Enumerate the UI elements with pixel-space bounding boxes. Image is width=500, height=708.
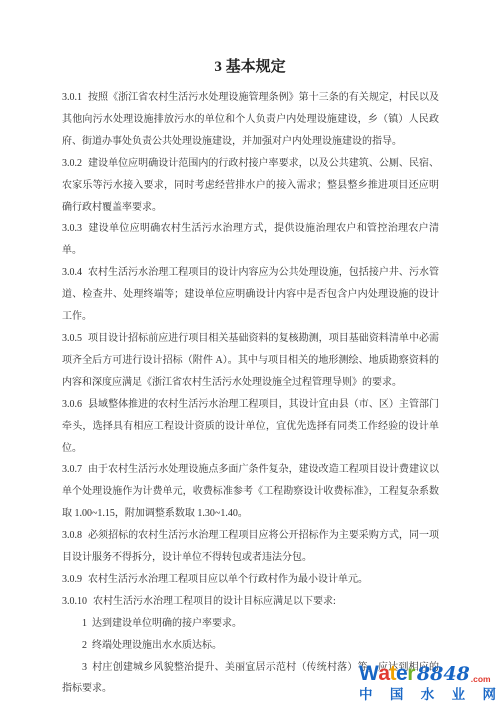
paragraph-text: 按照《浙江省农村生活污水处理设施管理条例》第十三条的有关规定，村民以及其他向污水…	[62, 92, 439, 147]
paragraph-text: 农村生活污水治理工程项目的设计目标应满足以下要求:	[93, 596, 336, 607]
paragraph-number: 3.0.9	[62, 574, 82, 585]
paragraph: 3.0.10农村生活污水治理工程项目的设计目标应满足以下要求:	[62, 591, 439, 613]
paragraph-number: 3.0.8	[62, 530, 82, 541]
paragraph-number: 3.0.10	[62, 596, 87, 607]
paragraph-number: 3.0.7	[62, 464, 82, 475]
paragraph-text: 农村生活污水治理工程项目应以单个行政村作为最小设计单元。	[88, 574, 368, 585]
watermark-subtitle: 中国水业网	[359, 687, 496, 703]
brand-number: 8848	[417, 663, 470, 686]
brand-letter: r	[407, 662, 415, 685]
paragraph-text: 由于农村生活污水处理设施点多面广条件复杂，建设改造工程项目设计费建议以单个处理设…	[62, 464, 439, 519]
document-page: { "document": { "title": "3 基本规定", "page…	[0, 0, 500, 708]
paragraph-number: 3.0.4	[62, 267, 82, 278]
paragraph: 3.0.5项目设计招标前应进行项目相关基础资料的复核勘测，项目基础资料清单中必需…	[62, 328, 439, 394]
paragraph-number: 3.0.2	[62, 158, 82, 169]
paragraph-number: 3.0.5	[62, 333, 82, 344]
list-item-text: 终端处理设施出水水质达标。	[92, 640, 222, 651]
paragraph-number: 3.0.6	[62, 399, 82, 410]
list-item: 1达到建设单位明确的接户率要求。	[62, 613, 439, 635]
paragraph: 3.0.1按照《浙江省农村生活污水处理设施管理条例》第十三条的有关规定，村民以及…	[62, 87, 439, 153]
brand-letter: W	[359, 662, 378, 685]
document-body: 3.0.1按照《浙江省农村生活污水处理设施管理条例》第十三条的有关规定，村民以及…	[62, 87, 439, 700]
watermark-logo: Water8848.com 中国水业网	[359, 662, 496, 703]
paragraph: 3.0.8必须招标的农村生活污水治理工程项目应将公开招标作为主要采购方式，同一项…	[62, 525, 439, 569]
paragraph-text: 建设单位应明确设计范围内的行政村接户率要求，以及公共建筑、公厕、民宿、农家乐等污…	[62, 158, 439, 213]
brand-letter: e	[396, 662, 407, 685]
paragraph: 3.0.4农村生活污水治理工程项目的设计内容应为公共处理设施，包括接户井、污水管…	[62, 262, 439, 328]
watermark-brand-wordmark: Water8848.com	[359, 662, 496, 686]
paragraph: 3.0.9农村生活污水治理工程项目应以单个行政村作为最小设计单元。	[62, 569, 439, 591]
brand-letter: a	[378, 662, 389, 685]
brand-tld: .com	[471, 672, 491, 686]
page-title: 3 基本规定	[0, 57, 500, 77]
paragraph-text: 建设单位应明确农村生活污水治理方式，提供设施治理农户和管控治理农户清单。	[62, 223, 439, 256]
paragraph: 3.0.2建设单位应明确设计范围内的行政村接户率要求，以及公共建筑、公厕、民宿、…	[62, 153, 439, 219]
paragraph-number: 3.0.1	[62, 92, 82, 103]
paragraph-number: 3.0.3	[62, 223, 82, 234]
paragraph-text: 县域整体推进的农村生活污水治理工程项目，其设计宜由县（市、区）主管部门牵头，选择…	[62, 399, 439, 454]
paragraph: 3.0.6县域整体推进的农村生活污水治理工程项目，其设计宜由县（市、区）主管部门…	[62, 394, 439, 460]
list-item: 2终端处理设施出水水质达标。	[62, 635, 439, 657]
paragraph: 3.0.3建设单位应明确农村生活污水治理方式，提供设施治理农户和管控治理农户清单…	[62, 218, 439, 262]
list-item-number: 2	[82, 640, 87, 651]
list-item-number: 1	[82, 618, 87, 629]
paragraph-text: 农村生活污水治理工程项目的设计内容应为公共处理设施，包括接户井、污水管道、检查井…	[62, 267, 439, 322]
paragraph-text: 项目设计招标前应进行项目相关基础资料的复核勘测，项目基础资料清单中必需项齐全后方…	[62, 333, 439, 388]
paragraph-text: 必须招标的农村生活污水治理工程项目应将公开招标作为主要采购方式，同一项目设计服务…	[62, 530, 439, 563]
list-item-text: 达到建设单位明确的接户率要求。	[92, 618, 242, 629]
paragraph: 3.0.7由于农村生活污水处理设施点多面广条件复杂，建设改造工程项目设计费建议以…	[62, 459, 439, 525]
